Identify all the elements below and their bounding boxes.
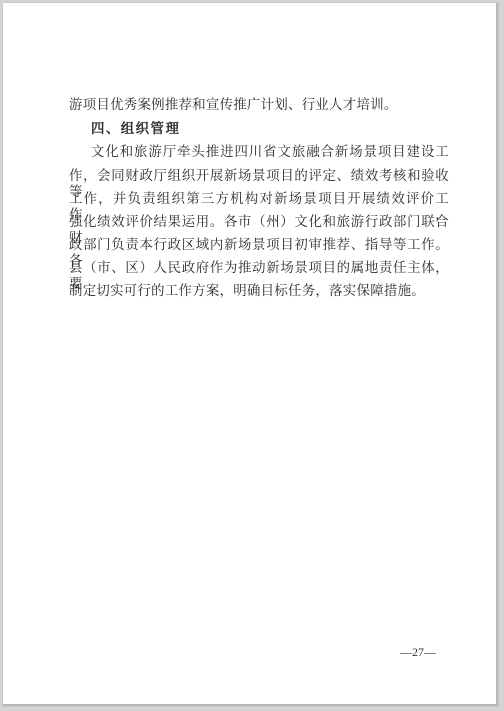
section-heading: 四、组织管理 — [91, 122, 449, 138]
page-number: —27— — [400, 645, 436, 660]
paragraph-line: 制定切实可行的工作方案，明确目标任务，落实保障措施。 — [69, 284, 449, 300]
document-page: 游项目优秀案例推荐和宣传推广计划、行业人才培训。 四、组织管理 文化和旅游厅牵头… — [3, 3, 498, 706]
paragraph-line: 文化和旅游厅牵头推进四川省文旅融合新场景项目建设工 — [91, 145, 449, 161]
paragraph-line: 游项目优秀案例推荐和宣传推广计划、行业人才培训。 — [69, 98, 449, 114]
